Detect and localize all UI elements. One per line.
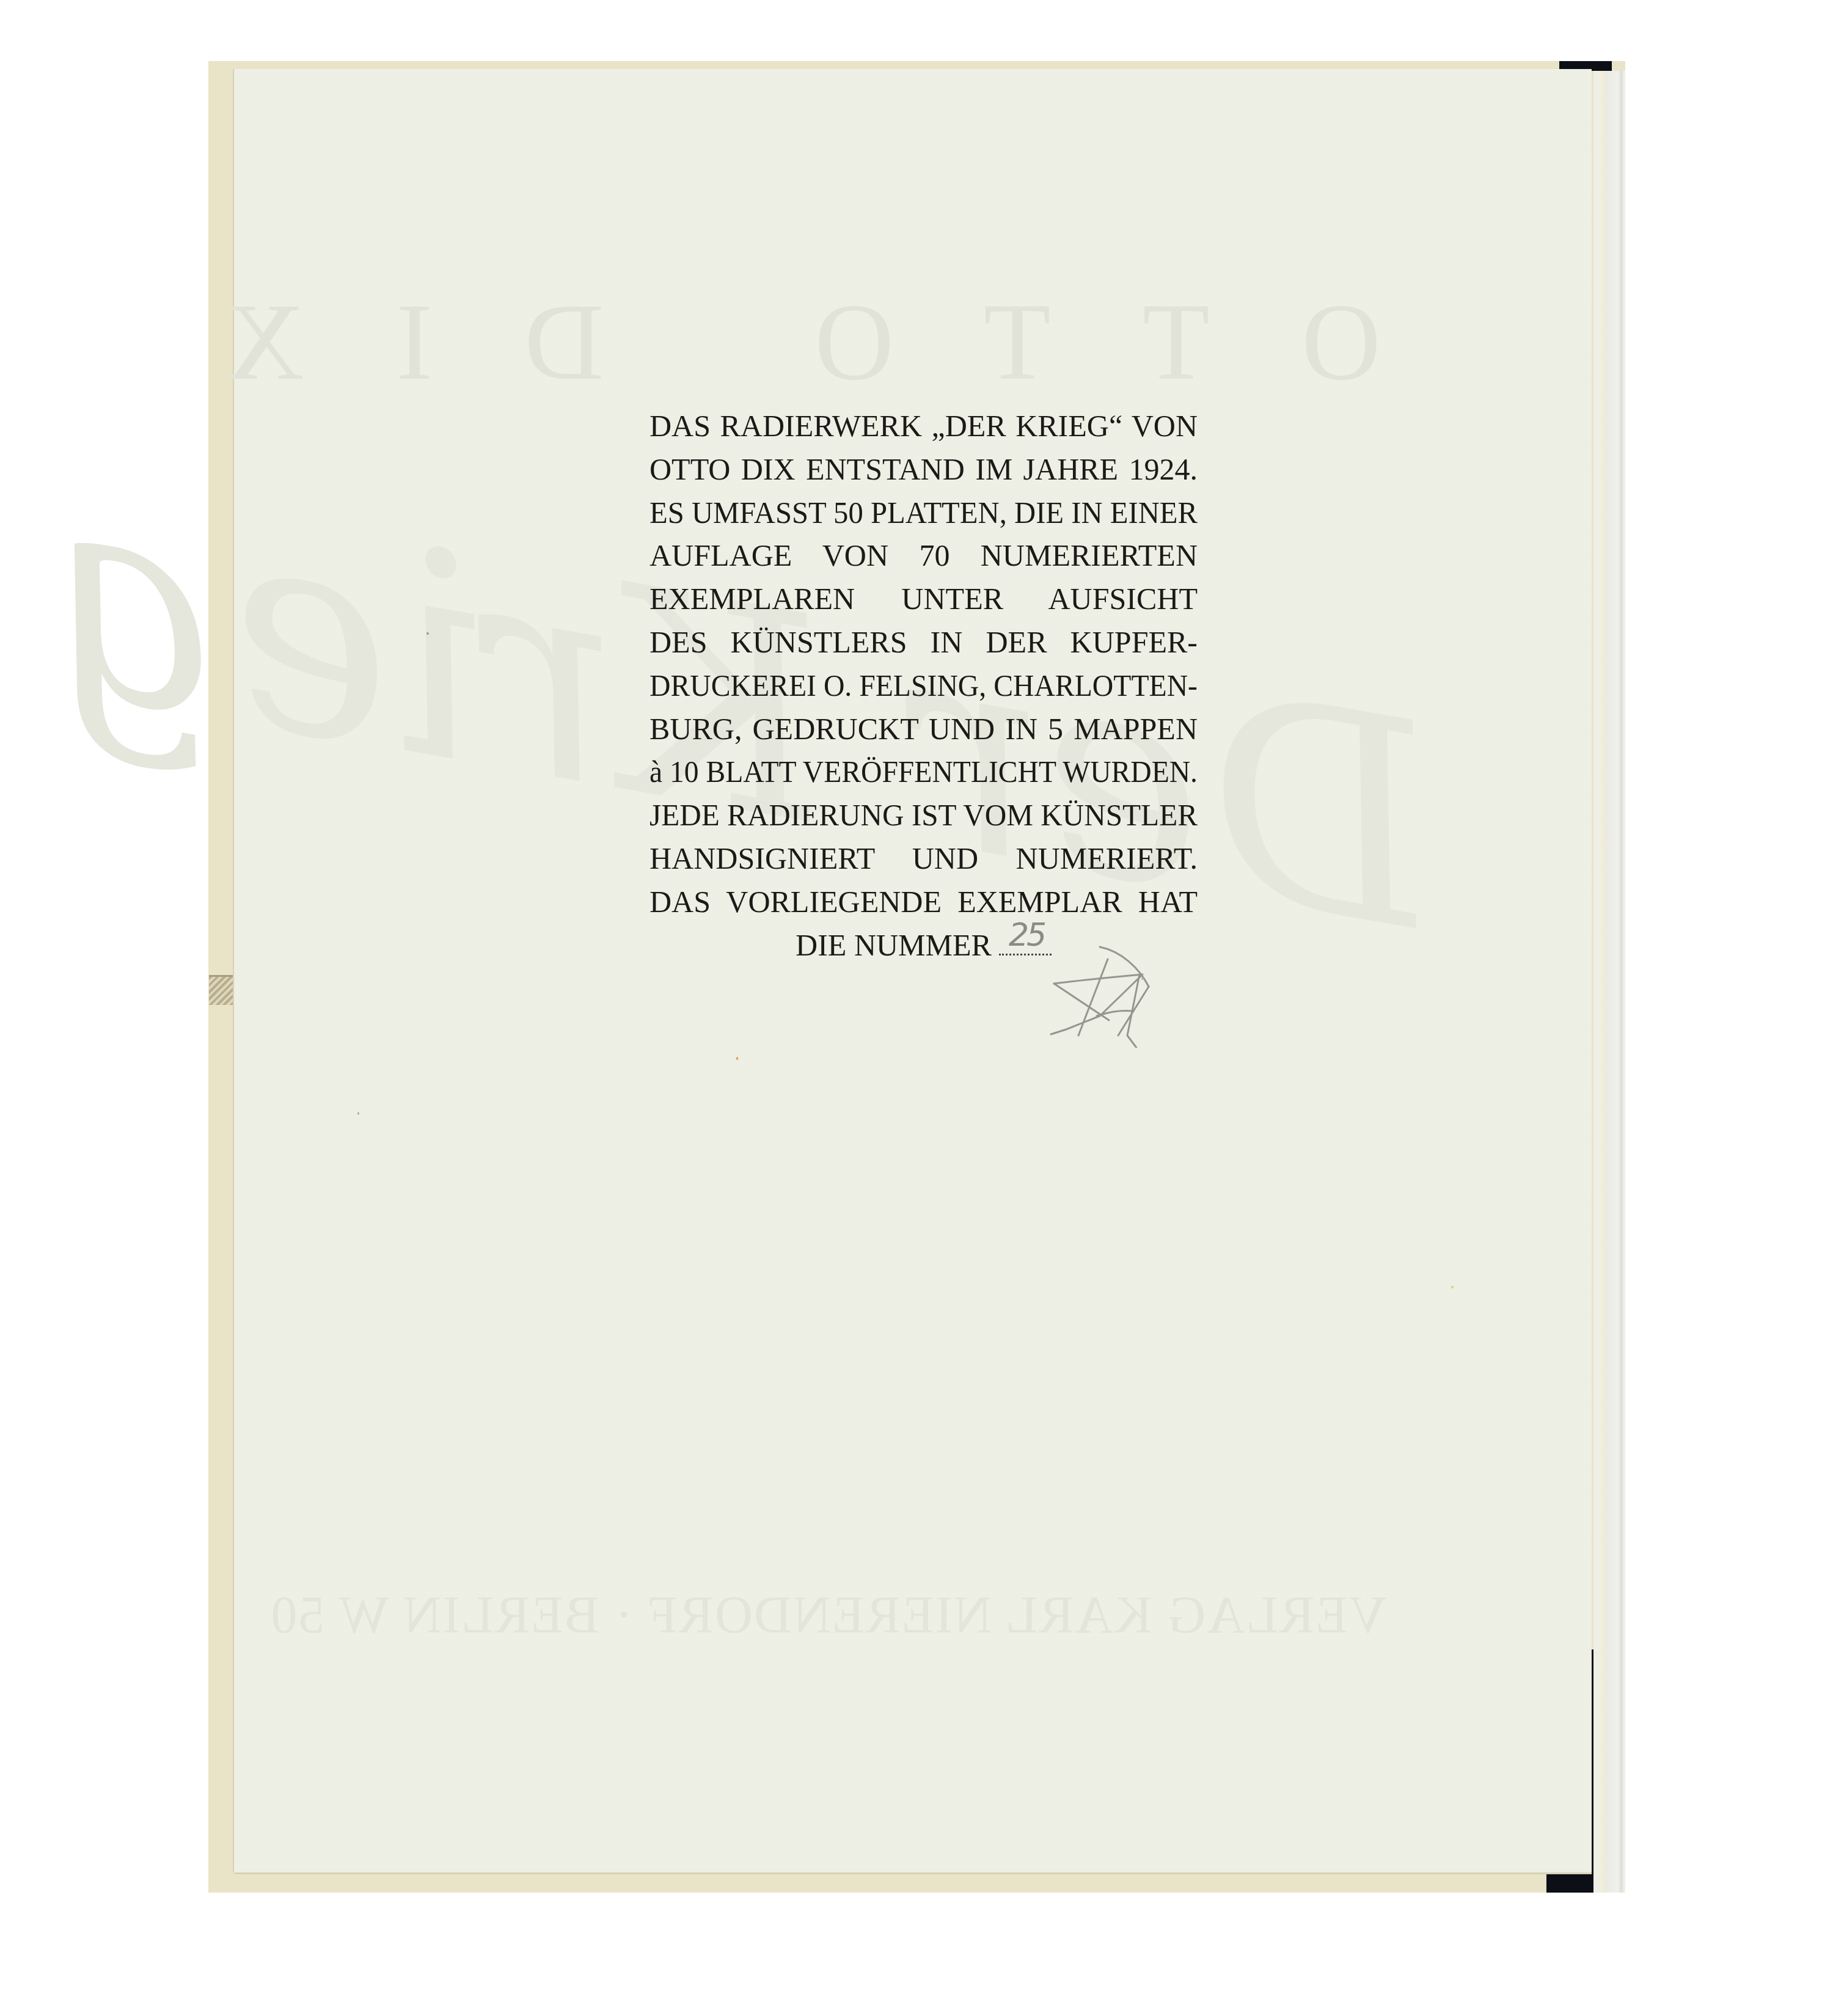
ribbon-tie — [209, 975, 233, 1005]
colophon-text: DAS RADIERWERK „DER KRIEG“ VON OTTO DIX … — [649, 404, 1198, 966]
colophon-line: DAS VORLIEGENDE EXEMPLAR HAT — [649, 880, 1198, 924]
colophon-line: DAS RADIERWERK „DER KRIEG“ VON — [649, 404, 1198, 448]
paper-speck — [357, 1112, 359, 1115]
copy-number-value: 25 — [1009, 914, 1044, 957]
colophon-line: OTTO DIX ENTSTAND IM JAHRE 1924. — [649, 448, 1198, 491]
colophon-line: AUFLAGE VON 70 NUMERIERTEN — [649, 534, 1198, 577]
colophon-line: HANDSIGNIERT UND NUMERIERT. — [649, 837, 1198, 880]
colophon-page — [234, 69, 1592, 1872]
colophon-line: JEDE RADIERUNG IST VOM KÜNSTLER — [649, 794, 1198, 837]
paper-speck — [1141, 977, 1144, 980]
pencil-signature-icon — [1042, 944, 1176, 1048]
colophon-line: EXEMPLAREN UNTER AUFSICHT — [649, 577, 1198, 621]
colophon-line: ES UMFASST 50 PLATTEN, DIE IN EINER — [649, 491, 1198, 535]
stacked-sheet-edges — [1593, 71, 1625, 1893]
colophon-line: BURG, GEDRUCKT UND IN 5 MAPPEN — [649, 707, 1198, 751]
colophon-line: à 10 BLATT VERÖFFENTLICHT WURDEN. — [649, 750, 1198, 794]
colophon-line: DRUCKEREI O. FELSING, CHARLOTTEN- — [649, 664, 1198, 707]
paper-speck — [426, 632, 429, 635]
colophon-line: DES KÜNSTLERS IN DER KUPFER- — [649, 621, 1198, 664]
copy-number-label: DIE NUMMER — [796, 928, 992, 962]
paper-speck — [736, 1057, 738, 1060]
paper-speck — [1451, 1286, 1454, 1288]
